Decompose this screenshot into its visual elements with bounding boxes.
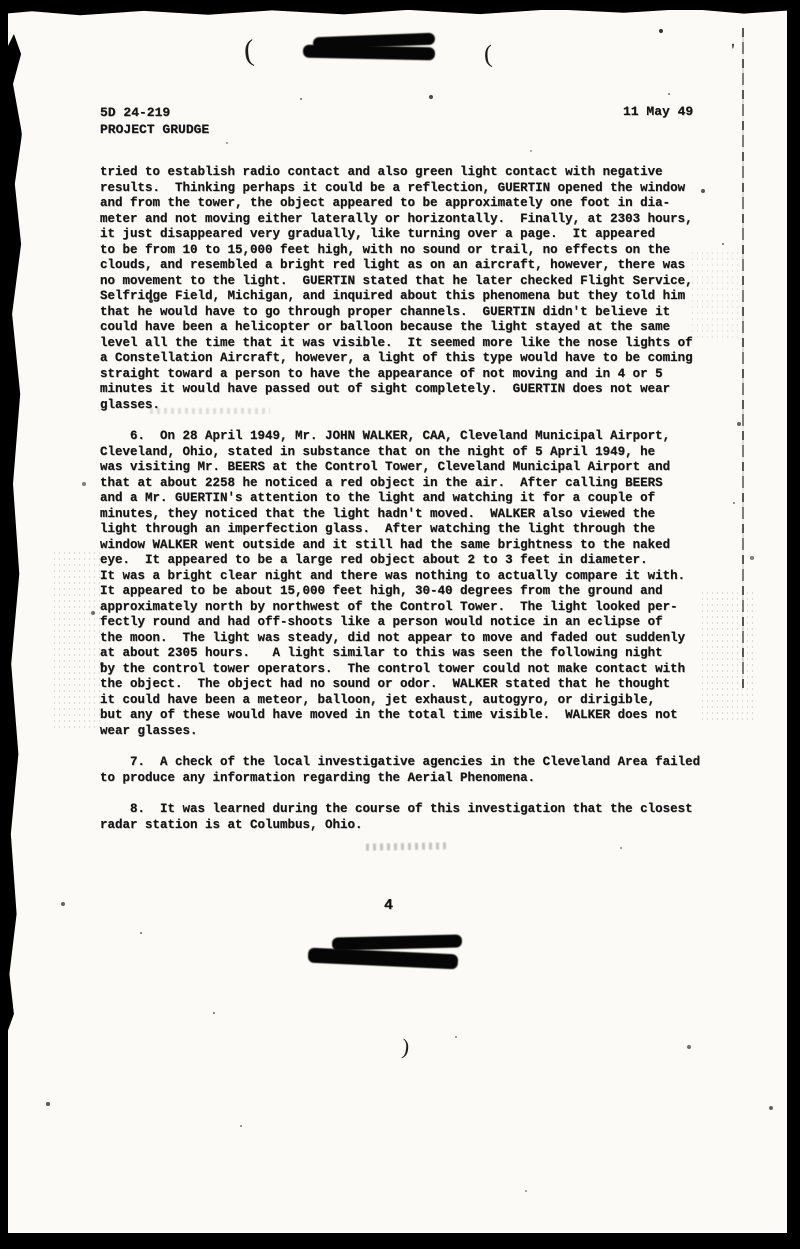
paragraph-item-8: 8. It was learned during the course of t… — [100, 802, 716, 833]
scan-noise-speckles — [0, 0, 2, 2]
stray-paren-mark: ( — [483, 41, 493, 69]
project-title: PROJECT GRUDGE — [100, 122, 209, 137]
paragraph-item-7: 7. A check of the local investigative ag… — [100, 755, 716, 786]
page-fold-line — [742, 28, 744, 688]
redaction-stroke — [308, 948, 459, 970]
redaction-stroke — [303, 45, 435, 61]
scan-border-left-thin — [0, 1020, 6, 1235]
document-date: 11 May 49 — [623, 104, 693, 119]
document-body: tried to establish radio contact and als… — [100, 165, 716, 849]
file-number: 5D 24-219 — [100, 105, 170, 120]
redaction-stroke — [332, 934, 462, 950]
document-header-left: 5D 24-219PROJECT GRUDGE — [100, 104, 209, 138]
paragraph-continuation: tried to establish radio contact and als… — [100, 165, 716, 413]
page-number: 4 — [384, 897, 393, 914]
scan-grain-patch — [52, 550, 102, 730]
paragraph-item-6: 6. On 28 April 1949, Mr. JOHN WALKER, CA… — [100, 429, 716, 739]
scanned-document: { "document": { "header": { "file_number… — [0, 0, 800, 1249]
redaction-mark-bottom — [308, 930, 473, 978]
redaction-mark-top — [303, 33, 448, 65]
